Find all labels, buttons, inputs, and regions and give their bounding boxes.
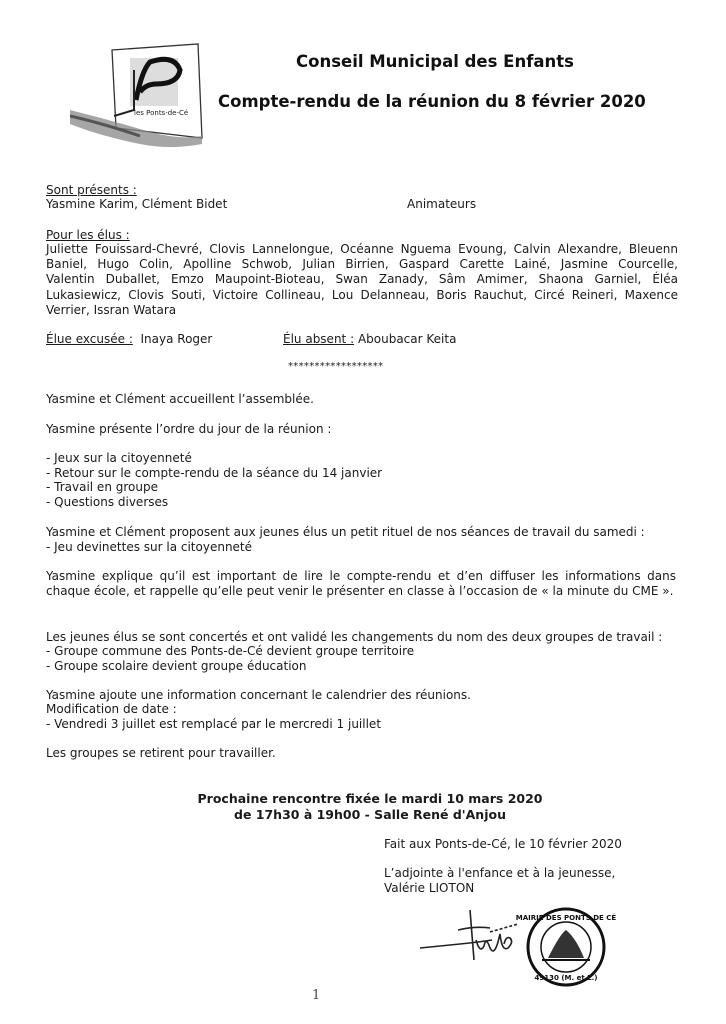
present-label: Sont présents :: [46, 183, 137, 198]
paragraph-welcome: Yasmine et Clément accueillent l’assembl…: [46, 392, 314, 407]
signature-and-stamp: MAIRIE DES PONTS DE CÉ 49130 (M. et L.): [420, 900, 620, 990]
present-names: Yasmine Karim, Clément Bidet: [46, 197, 227, 212]
excused-row: Élue excusée : Inaya Roger: [46, 332, 212, 347]
agenda-item: - Retour sur le compte-rendu de la séanc…: [46, 466, 382, 481]
agenda-item: - Jeux sur la citoyenneté: [46, 451, 382, 466]
next-meeting: Prochaine rencontre fixée le mardi 10 ma…: [180, 791, 560, 822]
absent-name: Aboubacar Keita: [358, 332, 457, 346]
paragraph-agenda-intro: Yasmine présente l’ordre du jour de la r…: [46, 422, 331, 437]
paragraph-groups: Les jeunes élus se sont concertés et ont…: [46, 630, 662, 645]
next-meeting-date: Prochaine rencontre fixée le mardi 10 ma…: [180, 791, 560, 807]
elected-list: Juliette Fouissard-Chevré, Clovis Lannel…: [46, 242, 678, 318]
group-item: - Groupe scolaire devient groupe éducati…: [46, 659, 414, 674]
elected-line: Juliette Fouissard-Chevré, Clovis Lannel…: [46, 242, 678, 257]
agenda-item: - Questions diverses: [46, 495, 382, 510]
paragraph-ritual: Yasmine et Clément proposent aux jeunes …: [46, 525, 645, 540]
group-item: - Groupe commune des Ponts-de-Cé devient…: [46, 644, 414, 659]
groups-list: - Groupe commune des Ponts-de-Cé devient…: [46, 644, 414, 673]
next-meeting-time-place: de 17h30 à 19h00 - Salle René d'Anjou: [180, 807, 560, 823]
agenda-item: - Travail en groupe: [46, 480, 382, 495]
excused-name: Inaya Roger: [141, 332, 213, 346]
ritual-item: - Jeu devinettes sur la citoyenneté: [46, 540, 252, 555]
elected-line: Baniel, Hugo Colin, Apolline Schwob, Jul…: [46, 257, 678, 272]
place-date: Fait aux Ponts-de-Cé, le 10 février 2020: [384, 837, 622, 852]
present-role: Animateurs: [407, 197, 476, 212]
excused-label: Élue excusée :: [46, 332, 133, 346]
elected-line: Valentin Duballet, Emzo Maupoint-Bioteau…: [46, 272, 678, 287]
date-change-list: - Vendredi 3 juillet est remplacé par le…: [46, 717, 381, 732]
svg-text:49130 (M. et L.): 49130 (M. et L.): [535, 974, 598, 982]
agenda-list: - Jeux sur la citoyenneté - Retour sur l…: [46, 451, 382, 509]
elected-line: Verrier, Issran Watara: [46, 303, 678, 318]
paragraph-calendar: Yasmine ajoute une information concernan…: [46, 688, 471, 703]
document-subtitle: Compte-rendu de la réunion du 8 février …: [218, 92, 646, 111]
separator: ******************: [288, 359, 383, 374]
svg-text:MAIRIE DES PONTS DE CÉ: MAIRIE DES PONTS DE CÉ: [516, 913, 617, 922]
handwritten-signature: [420, 910, 518, 960]
town-hall-stamp: MAIRIE DES PONTS DE CÉ 49130 (M. et L.): [516, 909, 617, 985]
paragraph-closing: Les groupes se retirent pour travailler.: [46, 746, 276, 761]
svg-text:les Ponts-de-Cé: les Ponts-de-Cé: [134, 109, 188, 117]
absent-row: Élu absent : Aboubacar Keita: [283, 332, 456, 347]
page-number: 1: [312, 988, 320, 1003]
paragraph-explanation: Yasmine explique qu’il est important de …: [46, 569, 676, 599]
date-change-item: - Vendredi 3 juillet est remplacé par le…: [46, 717, 381, 732]
date-change-label: Modification de date :: [46, 702, 177, 717]
elected-label: Pour les élus :: [46, 228, 130, 243]
signatory-role: L’adjointe à l'enfance et à la jeunesse,: [384, 866, 615, 881]
absent-label: Élu absent :: [283, 332, 354, 346]
document-title: Conseil Municipal des Enfants: [296, 52, 574, 71]
elected-line: Lukasiewicz, Clovis Souti, Victoire Coll…: [46, 288, 678, 303]
ritual-list: - Jeu devinettes sur la citoyenneté: [46, 540, 252, 555]
signatory-name: Valérie LIOTON: [384, 881, 474, 896]
